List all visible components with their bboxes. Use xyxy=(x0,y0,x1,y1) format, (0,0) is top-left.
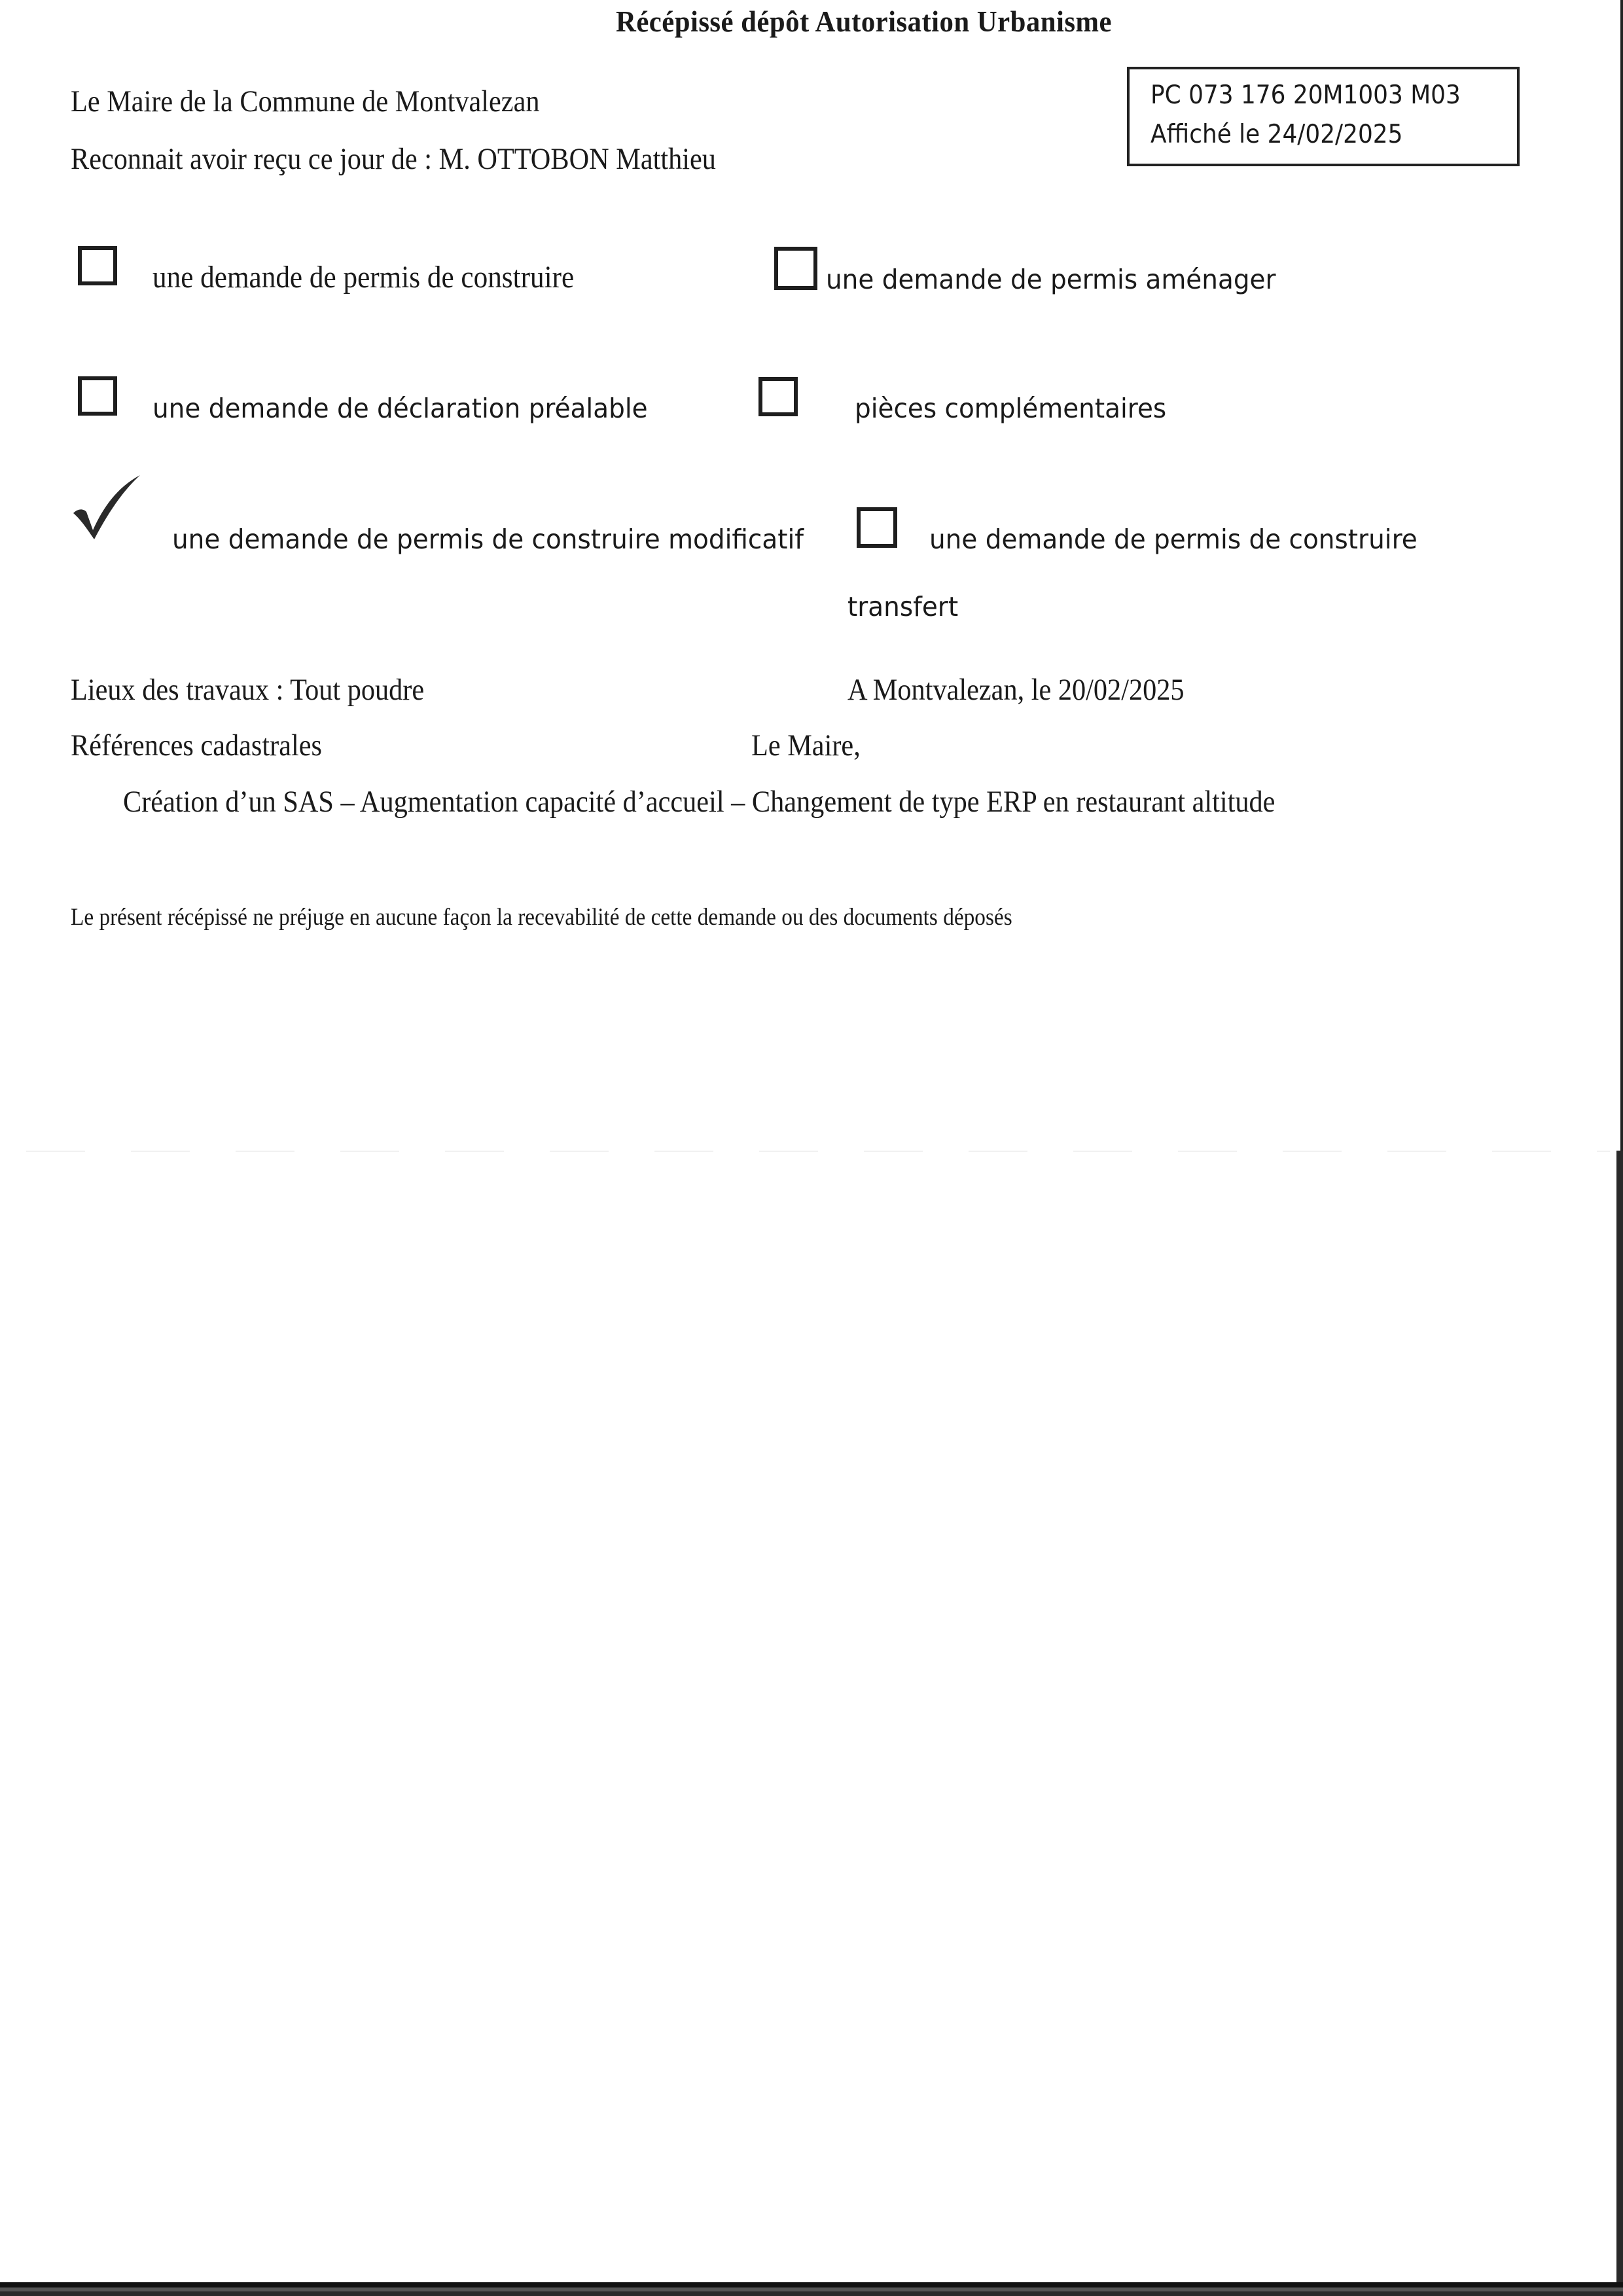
received-from-line: Reconnait avoir reçu ce jour de : M. OTT… xyxy=(71,141,716,177)
checkbox-permis-construire-transfert[interactable] xyxy=(857,507,897,548)
checkbox-pieces-complementaires[interactable] xyxy=(758,377,798,416)
project-description: Création d’un SAS – Augmentation capacit… xyxy=(123,784,1275,819)
checkbox-declaration-prealable[interactable] xyxy=(78,376,117,416)
label-permis-construire-modificatif: une demande de permis de construire modi… xyxy=(172,524,804,555)
posted-date: Affiché le 24/02/2025 xyxy=(1150,120,1402,149)
cadastral-references: Références cadastrales xyxy=(71,728,322,763)
label-permis-construire-transfert: une demande de permis de construire xyxy=(929,524,1418,555)
works-location: Lieux des travaux : Tout poudre xyxy=(71,672,424,708)
label-permis-construire: une demande de permis de construire xyxy=(152,259,574,295)
scan-edge-right-lower xyxy=(1616,1151,1623,2296)
document-title: Récépissé dépôt Autorisation Urbanisme xyxy=(60,4,1623,39)
scan-edge-bottom xyxy=(0,2282,1623,2296)
scan-fold-line xyxy=(26,1151,1610,1152)
checkmark-icon[interactable] xyxy=(71,474,143,546)
disclaimer: Le présent récépissé ne préjuge en aucun… xyxy=(71,903,1012,931)
label-transfert-continued: transfert xyxy=(847,591,958,622)
checkbox-permis-construire[interactable] xyxy=(78,246,117,285)
label-declaration-prealable: une demande de déclaration préalable xyxy=(152,393,648,424)
scan-edge-right xyxy=(1620,0,1623,1151)
checkbox-permis-amenager[interactable] xyxy=(774,247,817,290)
reference-box: PC 073 176 20M1003 M03 Affiché le 24/02/… xyxy=(1127,67,1520,166)
mayor-line: Le Maire de la Commune de Montvalezan xyxy=(71,84,539,119)
permit-number: PC 073 176 20M1003 M03 xyxy=(1150,81,1461,110)
signatory: Le Maire, xyxy=(751,728,861,763)
label-pieces-complementaires: pièces complémentaires xyxy=(855,393,1166,424)
label-permis-amenager: une demande de permis aménager xyxy=(826,264,1276,295)
place-and-date: A Montvalezan, le 20/02/2025 xyxy=(847,672,1185,708)
